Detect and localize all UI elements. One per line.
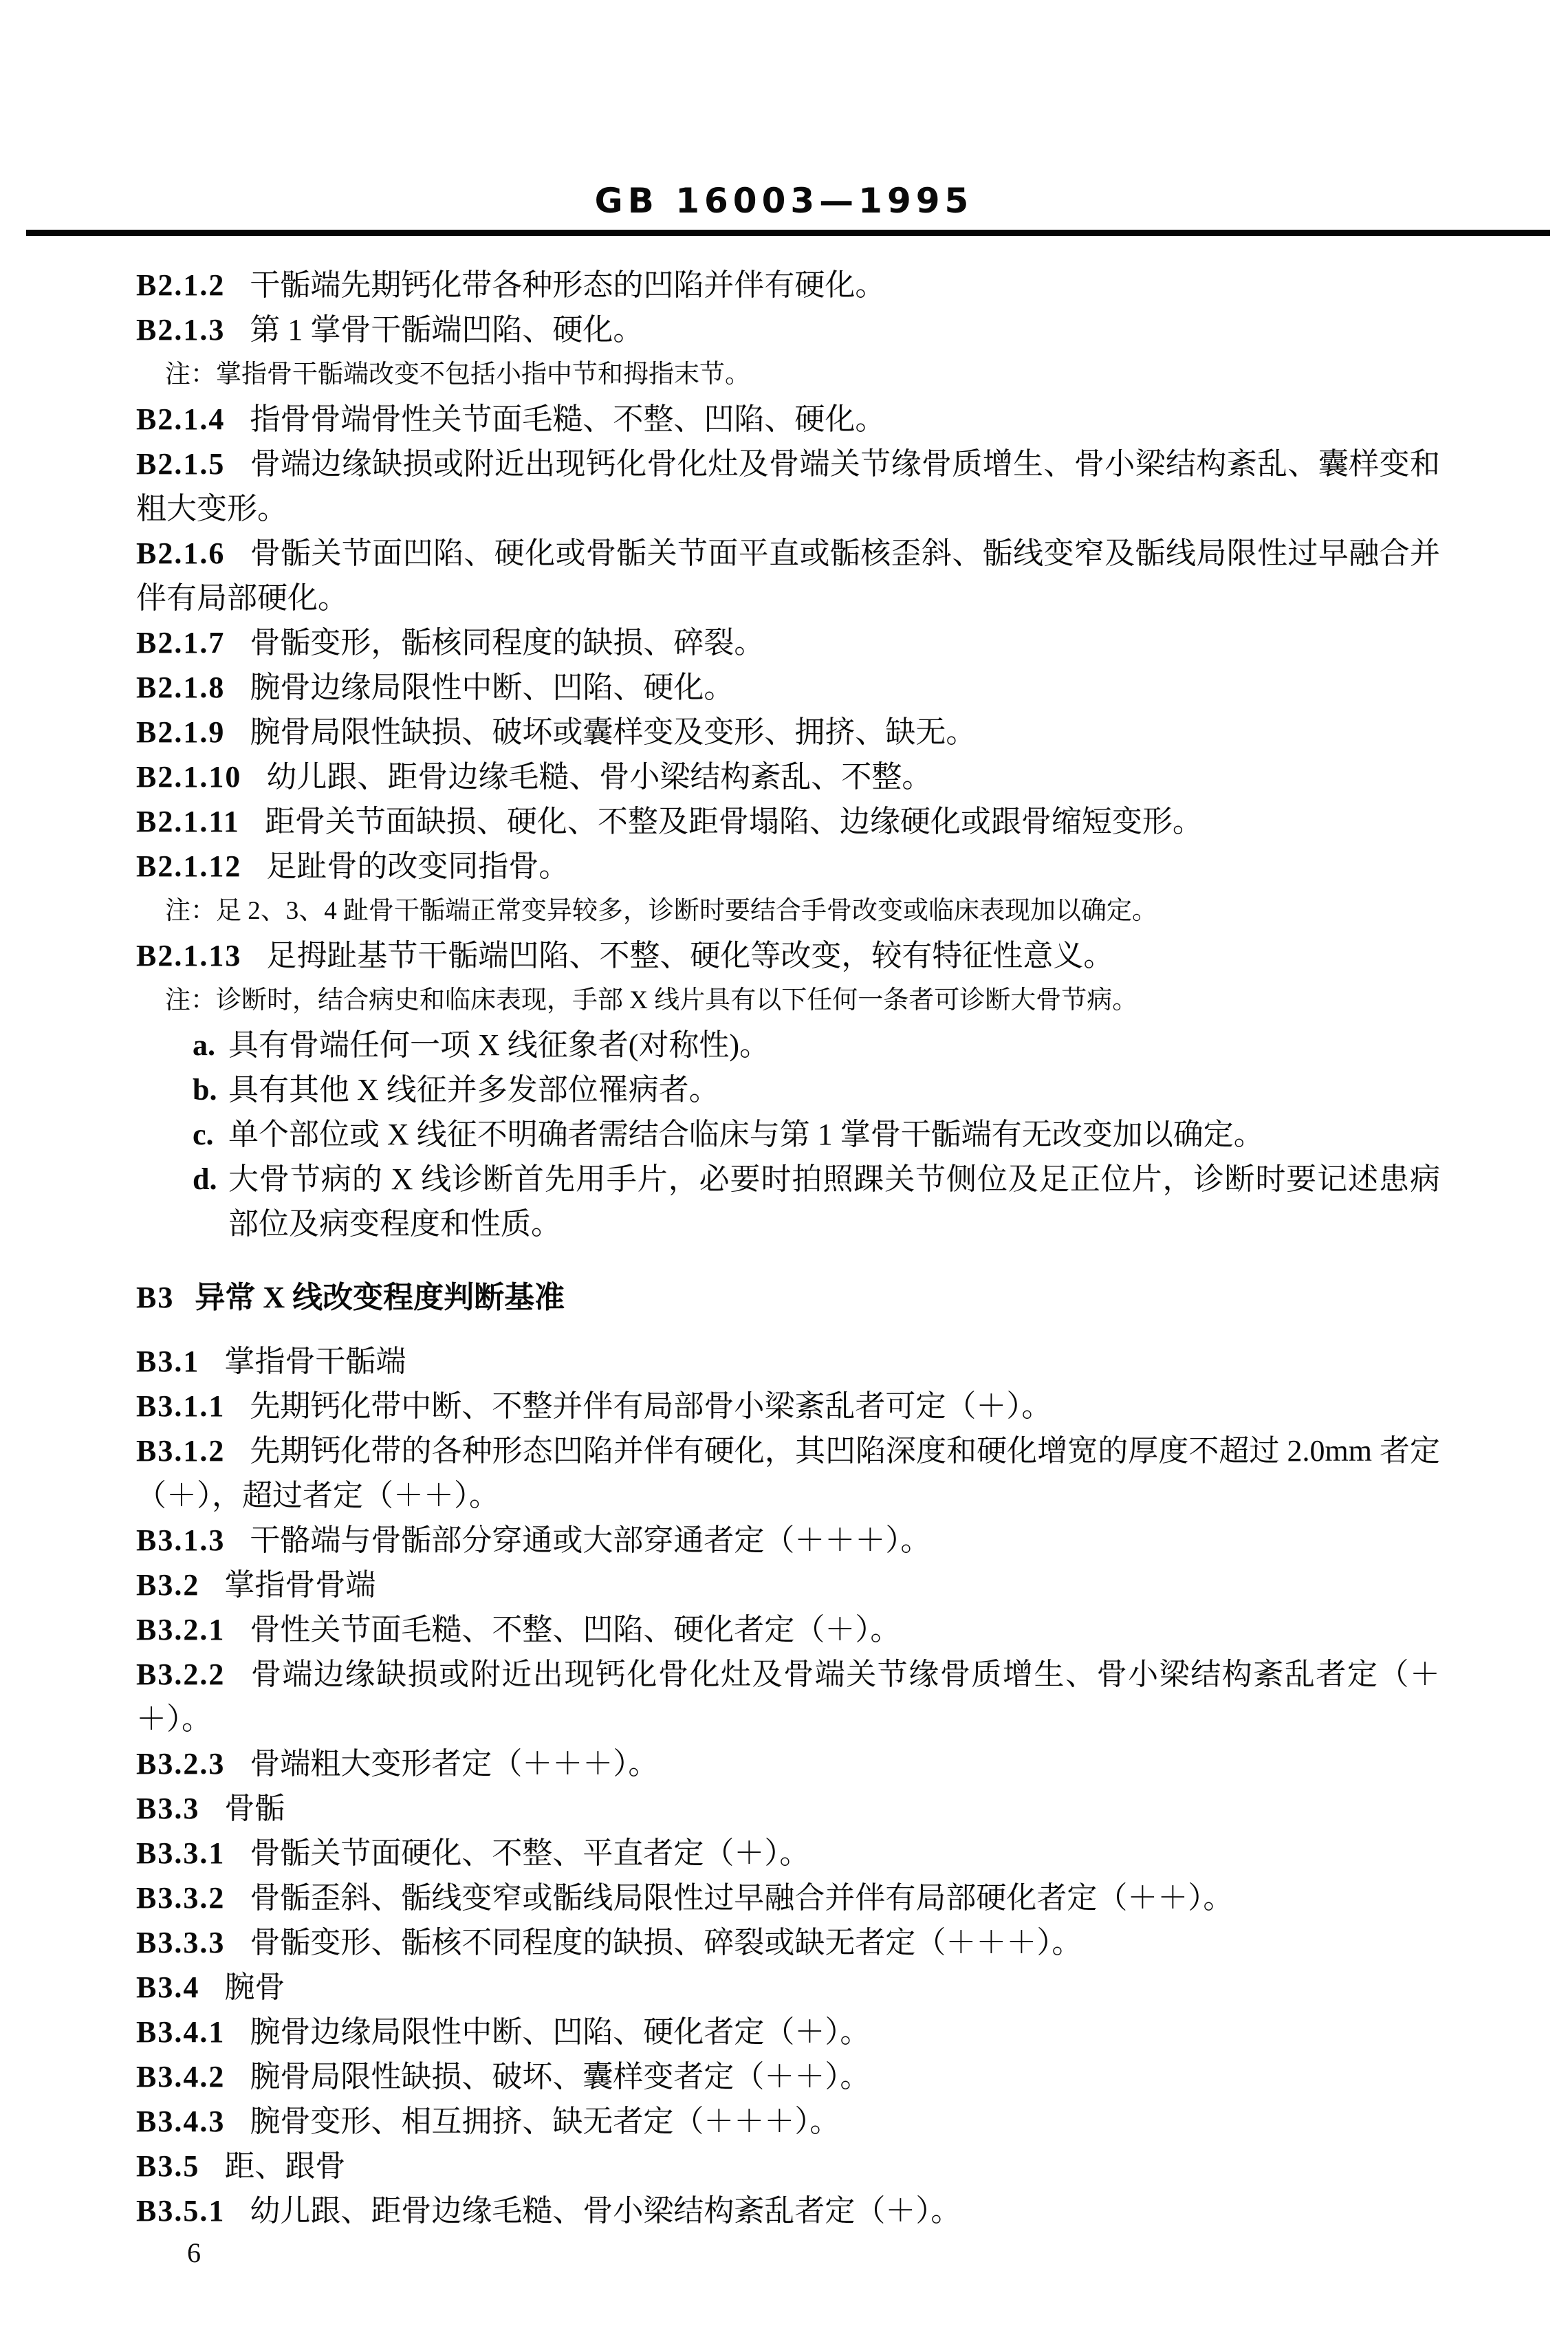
clause-text: 骨端粗大变形者定（＋＋＋）。 bbox=[250, 1747, 658, 1781]
clause-line: B3.4.1腕骨边缘局限性中断、凹陷、硬化者定（＋）。 bbox=[136, 2010, 1440, 2054]
clause-text: 腕骨 bbox=[224, 1970, 285, 2004]
clause-text: 掌指骨干骺端 bbox=[224, 1345, 406, 1378]
clause-number: B2.1.3 bbox=[136, 313, 225, 347]
clause-line: B3.3.2骨骺歪斜、骺线变窄或骺线局限性过早融合并伴有局部硬化者定（＋＋）。 bbox=[136, 1876, 1440, 1920]
clause-line: B2.1.9腕骨局限性缺损、破坏或囊样变及变形、拥挤、缺无。 bbox=[136, 710, 1440, 754]
clause-line: B3.1.1先期钙化带中断、不整并伴有局部骨小梁紊乱者可定（＋）。 bbox=[136, 1384, 1440, 1428]
clause-number: B3.3.1 bbox=[136, 1836, 225, 1870]
clause-number: B3.5.1 bbox=[136, 2194, 225, 2228]
page-number: 6 bbox=[187, 2238, 201, 2268]
clause-text: 干骺端先期钙化带各种形态的凹陷并伴有硬化。 bbox=[250, 268, 885, 302]
clause-text: 干骼端与骨骺部分穿通或大部穿通者定（＋＋＋）。 bbox=[250, 1523, 930, 1557]
clause-number: B2.1.13 bbox=[136, 939, 241, 972]
clause-line: B3.1.3干骼端与骨骺部分穿通或大部穿通者定（＋＋＋）。 bbox=[136, 1518, 1440, 1563]
clause-text: 骨端边缘缺损或附近出现钙化骨化灶及骨端关节缘骨质增生、骨小梁结构紊乱者定（＋＋）… bbox=[136, 1657, 1440, 1736]
document-page: GB 16003—1995 B2.1.2干骺端先期钙化带各种形态的凹陷并伴有硬化… bbox=[0, 0, 1568, 2348]
clause-text: 骨骺 bbox=[224, 1792, 285, 1825]
clause-line: B2.1.2干骺端先期钙化带各种形态的凹陷并伴有硬化。 bbox=[136, 263, 1440, 307]
clause-line: B2.1.11距骨关节面缺损、硬化、不整及距骨塌陷、边缘硬化或跟骨缩短变形。 bbox=[136, 799, 1440, 844]
subsection-line: B3.4腕骨 bbox=[136, 1965, 1440, 2010]
clause-line: B3.1.2先期钙化带的各种形态凹陷并伴有硬化，其凹陷深度和硬化增宽的厚度不超过… bbox=[136, 1428, 1440, 1518]
clause-text: 幼儿跟、距骨边缘毛糙、骨小梁结构紊乱、不整。 bbox=[266, 760, 932, 794]
clause-number: B2.1.6 bbox=[136, 536, 225, 570]
clause-line: B2.1.7骨骺变形，骺核同程度的缺损、碎裂。 bbox=[136, 620, 1440, 665]
clause-number: B3.3.3 bbox=[136, 1926, 225, 1959]
clause-text: 异常 X 线改变程度判断基准 bbox=[195, 1281, 565, 1314]
clause-line: B3.4.2腕骨局限性缺损、破坏、囊样变者定（＋＋）。 bbox=[136, 2054, 1440, 2099]
clause-list: B2.1.2干骺端先期钙化带各种形态的凹陷并伴有硬化。B2.1.3第 1 掌骨干… bbox=[136, 263, 1440, 2233]
section-line: B3异常 X 线改变程度判断基准 bbox=[136, 1275, 1440, 1320]
lettered-line: b.具有其他 X 线征并多发部位罹病者。 bbox=[193, 1067, 1440, 1112]
lettered-line: a.具有骨端任何一项 X 线征象者(对称性)。 bbox=[193, 1023, 1440, 1067]
clause-line: B2.1.8腕骨边缘局限性中断、凹陷、硬化。 bbox=[136, 665, 1440, 710]
clause-text: 骨端边缘缺损或附近出现钙化骨化灶及骨端关节缘骨质增生、骨小梁结构紊乱、囊样变和粗… bbox=[136, 447, 1440, 525]
clause-text: 指骨骨端骨性关节面毛糙、不整、凹陷、硬化。 bbox=[250, 402, 885, 436]
clause-number: B3.3.2 bbox=[136, 1881, 225, 1915]
clause-text: 腕骨局限性缺损、破坏或囊样变及变形、拥挤、缺无。 bbox=[250, 715, 976, 749]
clause-number: B2.1.8 bbox=[136, 671, 225, 704]
clause-line: B3.3.1骨骺关节面硬化、不整、平直者定（＋）。 bbox=[136, 1831, 1440, 1876]
clause-text: 距骨关节面缺损、硬化、不整及距骨塌陷、边缘硬化或跟骨缩短变形。 bbox=[265, 805, 1203, 838]
lettered-line: c.单个部位或 X 线征不明确者需结合临床与第 1 掌骨干骺端有无改变加以确定。 bbox=[193, 1112, 1440, 1157]
note-text: 注：诊断时，结合病史和临床表现，手部 X 线片具有以下任何一条者可诊断大骨节病。 bbox=[165, 986, 1137, 1014]
clause-line: B3.2.1骨性关节面毛糙、不整、凹陷、硬化者定（＋）。 bbox=[136, 1607, 1440, 1652]
clause-number: B3.2 bbox=[136, 1568, 199, 1602]
clause-number: B3.4.2 bbox=[136, 2060, 225, 2094]
standard-code-header: GB 16003—1995 bbox=[0, 183, 1568, 219]
clause-number: B2.1.7 bbox=[136, 626, 225, 660]
clause-number: B3.1.2 bbox=[136, 1434, 225, 1468]
clause-line: B3.4.3腕骨变形、相互拥挤、缺无者定（＋＋＋）。 bbox=[136, 2099, 1440, 2144]
clause-number: B3.4 bbox=[136, 1970, 199, 2004]
clause-line: B2.1.5骨端边缘缺损或附近出现钙化骨化灶及骨端关节缘骨质增生、骨小梁结构紊乱… bbox=[136, 442, 1440, 531]
clause-text: 腕骨变形、相互拥挤、缺无者定（＋＋＋）。 bbox=[250, 2105, 840, 2138]
clause-number: B2.1.9 bbox=[136, 715, 225, 749]
lettered-line: d.大骨节病的 X 线诊断首先用手片，必要时拍照踝关节侧位及足正位片，诊断时要记… bbox=[193, 1157, 1440, 1246]
note-text: 注：足 2、3、4 趾骨干骺端正常变异较多，诊断时要结合手骨改变或临床表现加以确… bbox=[165, 897, 1157, 925]
clause-number: B2.1.5 bbox=[136, 447, 225, 481]
clause-line: B3.2.3骨端粗大变形者定（＋＋＋）。 bbox=[136, 1741, 1440, 1786]
clause-text: 大骨节病的 X 线诊断首先用手片，必要时拍照踝关节侧位及足正位片，诊断时要记述患… bbox=[228, 1162, 1440, 1241]
clause-text: 足趾骨的改变同指骨。 bbox=[266, 849, 569, 883]
clause-number: B2.1.4 bbox=[136, 402, 225, 436]
clause-number: B2.1.12 bbox=[136, 849, 241, 883]
item-letter: d. bbox=[193, 1157, 217, 1202]
item-letter: a. bbox=[193, 1023, 215, 1067]
clause-text: 幼儿跟、距骨边缘毛糙、骨小梁结构紊乱者定（＋）。 bbox=[250, 2194, 961, 2228]
clause-line: B2.1.13足拇趾基节干骺端凹陷、不整、硬化等改变，较有特征性意义。 bbox=[136, 933, 1440, 978]
clause-text: 腕骨局限性缺损、破坏、囊样变者定（＋＋）。 bbox=[250, 2060, 870, 2094]
clause-line: B2.1.12足趾骨的改变同指骨。 bbox=[136, 844, 1440, 889]
clause-text: 腕骨边缘局限性中断、凹陷、硬化。 bbox=[250, 671, 734, 704]
clause-number: B2.1.2 bbox=[136, 268, 225, 302]
subsection-line: B3.1掌指骨干骺端 bbox=[136, 1339, 1440, 1384]
clause-text: 掌指骨骨端 bbox=[224, 1568, 375, 1602]
clause-number: B3.1 bbox=[136, 1345, 199, 1378]
clause-number: B3.3 bbox=[136, 1792, 199, 1825]
clause-text: 骨骺变形、骺核不同程度的缺损、碎裂或缺无者定（＋＋＋）。 bbox=[250, 1926, 1082, 1959]
item-letter: b. bbox=[193, 1067, 217, 1112]
subsection-line: B3.3骨骺 bbox=[136, 1786, 1440, 1831]
note-line: 注：足 2、3、4 趾骨干骺端正常变异较多，诊断时要结合手骨改变或临床表现加以确… bbox=[136, 889, 1440, 933]
clause-number: B3.4.3 bbox=[136, 2105, 225, 2138]
clause-text: 单个部位或 X 线征不明确者需结合临床与第 1 掌骨干骺端有无改变加以确定。 bbox=[228, 1118, 1264, 1151]
subsection-line: B3.2掌指骨骨端 bbox=[136, 1563, 1440, 1607]
clause-number: B3.5 bbox=[136, 2149, 199, 2183]
clause-text: 腕骨边缘局限性中断、凹陷、硬化者定（＋）。 bbox=[250, 2015, 870, 2049]
note-line: 注：掌指骨干骺端改变不包括小指中节和拇指末节。 bbox=[136, 352, 1440, 397]
clause-number: B3.1.3 bbox=[136, 1523, 225, 1557]
clause-text: 具有其他 X 线征并多发部位罹病者。 bbox=[228, 1073, 719, 1107]
clause-line: B3.5.1幼儿跟、距骨边缘毛糙、骨小梁结构紊乱者定（＋）。 bbox=[136, 2188, 1440, 2233]
clause-number: B3 bbox=[136, 1281, 174, 1314]
clause-number: B3.2.1 bbox=[136, 1613, 225, 1646]
clause-line: B2.1.3第 1 掌骨干骺端凹陷、硬化。 bbox=[136, 307, 1440, 352]
clause-text: 骨性关节面毛糙、不整、凹陷、硬化者定（＋）。 bbox=[250, 1613, 900, 1646]
clause-text: 骨骺变形，骺核同程度的缺损、碎裂。 bbox=[250, 626, 764, 660]
clause-text: 距、跟骨 bbox=[224, 2149, 345, 2183]
clause-text: 骨骺歪斜、骺线变窄或骺线局限性过早融合并伴有局部硬化者定（＋＋）。 bbox=[250, 1881, 1233, 1915]
note-text: 注：掌指骨干骺端改变不包括小指中节和拇指末节。 bbox=[165, 360, 750, 389]
item-letter: c. bbox=[193, 1112, 214, 1157]
clause-text: 足拇趾基节干骺端凹陷、不整、硬化等改变，较有特征性意义。 bbox=[266, 939, 1113, 972]
clause-line: B3.3.3骨骺变形、骺核不同程度的缺损、碎裂或缺无者定（＋＋＋）。 bbox=[136, 1920, 1440, 1965]
clause-line: B3.2.2骨端边缘缺损或附近出现钙化骨化灶及骨端关节缘骨质增生、骨小梁结构紊乱… bbox=[136, 1652, 1440, 1741]
clause-line: B2.1.6骨骺关节面凹陷、硬化或骨骺关节面平直或骺核歪斜、骺线变窄及骺线局限性… bbox=[136, 531, 1440, 620]
clause-number: B2.1.10 bbox=[136, 760, 241, 794]
clause-number: B3.4.1 bbox=[136, 2015, 225, 2049]
note-line: 注：诊断时，结合病史和临床表现，手部 X 线片具有以下任何一条者可诊断大骨节病。 bbox=[136, 978, 1440, 1023]
clause-text: 骨骺关节面凹陷、硬化或骨骺关节面平直或骺核歪斜、骺线变窄及骺线局限性过早融合并伴… bbox=[136, 536, 1440, 615]
clause-number: B2.1.11 bbox=[136, 805, 240, 838]
clause-line: B2.1.10幼儿跟、距骨边缘毛糙、骨小梁结构紊乱、不整。 bbox=[136, 754, 1440, 799]
clause-text: 先期钙化带的各种形态凹陷并伴有硬化，其凹陷深度和硬化增宽的厚度不超过 2.0mm… bbox=[136, 1434, 1440, 1512]
clause-number: B3.2.3 bbox=[136, 1747, 225, 1781]
clause-text: 骨骺关节面硬化、不整、平直者定（＋）。 bbox=[250, 1836, 809, 1870]
clause-text: 先期钙化带中断、不整并伴有局部骨小梁紊乱者可定（＋）。 bbox=[250, 1389, 1052, 1423]
clause-number: B3.2.2 bbox=[136, 1657, 225, 1691]
clause-text: 第 1 掌骨干骺端凹陷、硬化。 bbox=[250, 313, 643, 347]
clause-line: B2.1.4指骨骨端骨性关节面毛糙、不整、凹陷、硬化。 bbox=[136, 397, 1440, 442]
clause-number: B3.1.1 bbox=[136, 1389, 225, 1423]
header-rule bbox=[26, 230, 1550, 236]
subsection-line: B3.5距、跟骨 bbox=[136, 2144, 1440, 2188]
clause-text: 具有骨端任何一项 X 线征象者(对称性)。 bbox=[228, 1028, 770, 1062]
